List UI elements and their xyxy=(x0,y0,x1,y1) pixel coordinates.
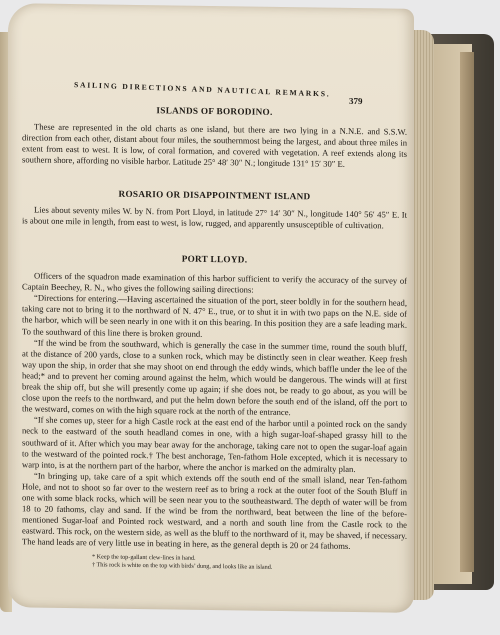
section-rosario: ROSARIO OR DISAPPOINTMENT ISLAND Lies ab… xyxy=(22,187,407,232)
endpaper-flap xyxy=(460,52,474,572)
paragraph: “If the wind be from the southward, whic… xyxy=(22,337,407,420)
section-borodino: ISLANDS OF BORODINO. These are represent… xyxy=(22,103,407,171)
page-number: 379 xyxy=(349,96,363,107)
paragraph: Lies about seventy miles W. by N. from P… xyxy=(22,204,407,232)
book-page: SAILING DIRECTIONS AND NAUTICAL REMARKS.… xyxy=(8,3,414,613)
paragraph: These are represented in the old charts … xyxy=(22,121,407,171)
book-photo: SAILING DIRECTIONS AND NAUTICAL REMARKS.… xyxy=(0,0,500,635)
page-content: SAILING DIRECTIONS AND NAUTICAL REMARKS.… xyxy=(22,81,407,86)
section-title: PORT LLOYD. xyxy=(22,251,407,267)
footnotes: * Keep the top-gallant clew-lines in han… xyxy=(22,553,407,574)
paragraph: “In bringing up, take care of a spit whi… xyxy=(22,470,407,553)
section-title: ROSARIO OR DISAPPOINTMENT ISLAND xyxy=(22,187,407,203)
section-port-lloyd: PORT LLOYD. Officers of the squadron mad… xyxy=(22,251,407,574)
paragraph: “If she comes up, steer for a high Castl… xyxy=(22,415,407,476)
paragraph: “Directions for entering.—Having ascerta… xyxy=(22,293,407,343)
